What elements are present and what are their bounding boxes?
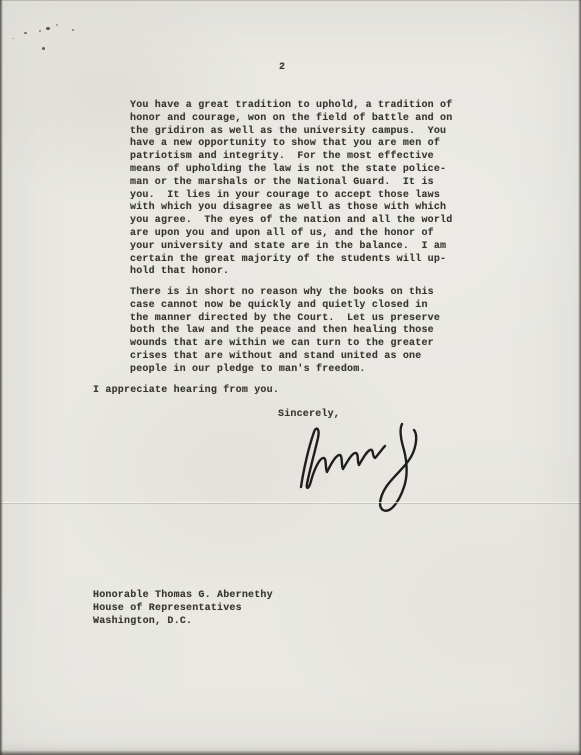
letter-paragraph-1: You have a great tradition to uphold, a …	[130, 100, 480, 279]
letter-paragraph-2: There is in short no reason why the book…	[130, 287, 480, 377]
ink-speck	[39, 30, 41, 32]
scan-edge-left	[0, 0, 3, 755]
valediction: Sincerely,	[278, 409, 340, 422]
signature-stroke-flourish	[380, 424, 416, 511]
ink-speck	[56, 24, 58, 26]
ink-speck	[42, 47, 45, 50]
signature	[293, 421, 433, 526]
ink-speck	[12, 38, 14, 39]
scan-bottom-shade	[0, 741, 581, 755]
scan-edge-bottom	[0, 750, 581, 755]
ink-speck	[46, 27, 50, 30]
recipient-address: Honorable Thomas G. Abernethy House of R…	[93, 590, 273, 628]
closing-line: I appreciate hearing from you.	[93, 385, 279, 398]
signature-stroke-name	[301, 429, 385, 488]
page-number: 2	[279, 62, 285, 75]
scan-edge-top	[0, 0, 581, 1]
ink-speck	[72, 29, 74, 31]
fold-crease	[0, 502, 581, 505]
letter-page: 2 You have a great tradition to uphold, …	[0, 0, 581, 755]
ink-speck	[24, 32, 27, 34]
